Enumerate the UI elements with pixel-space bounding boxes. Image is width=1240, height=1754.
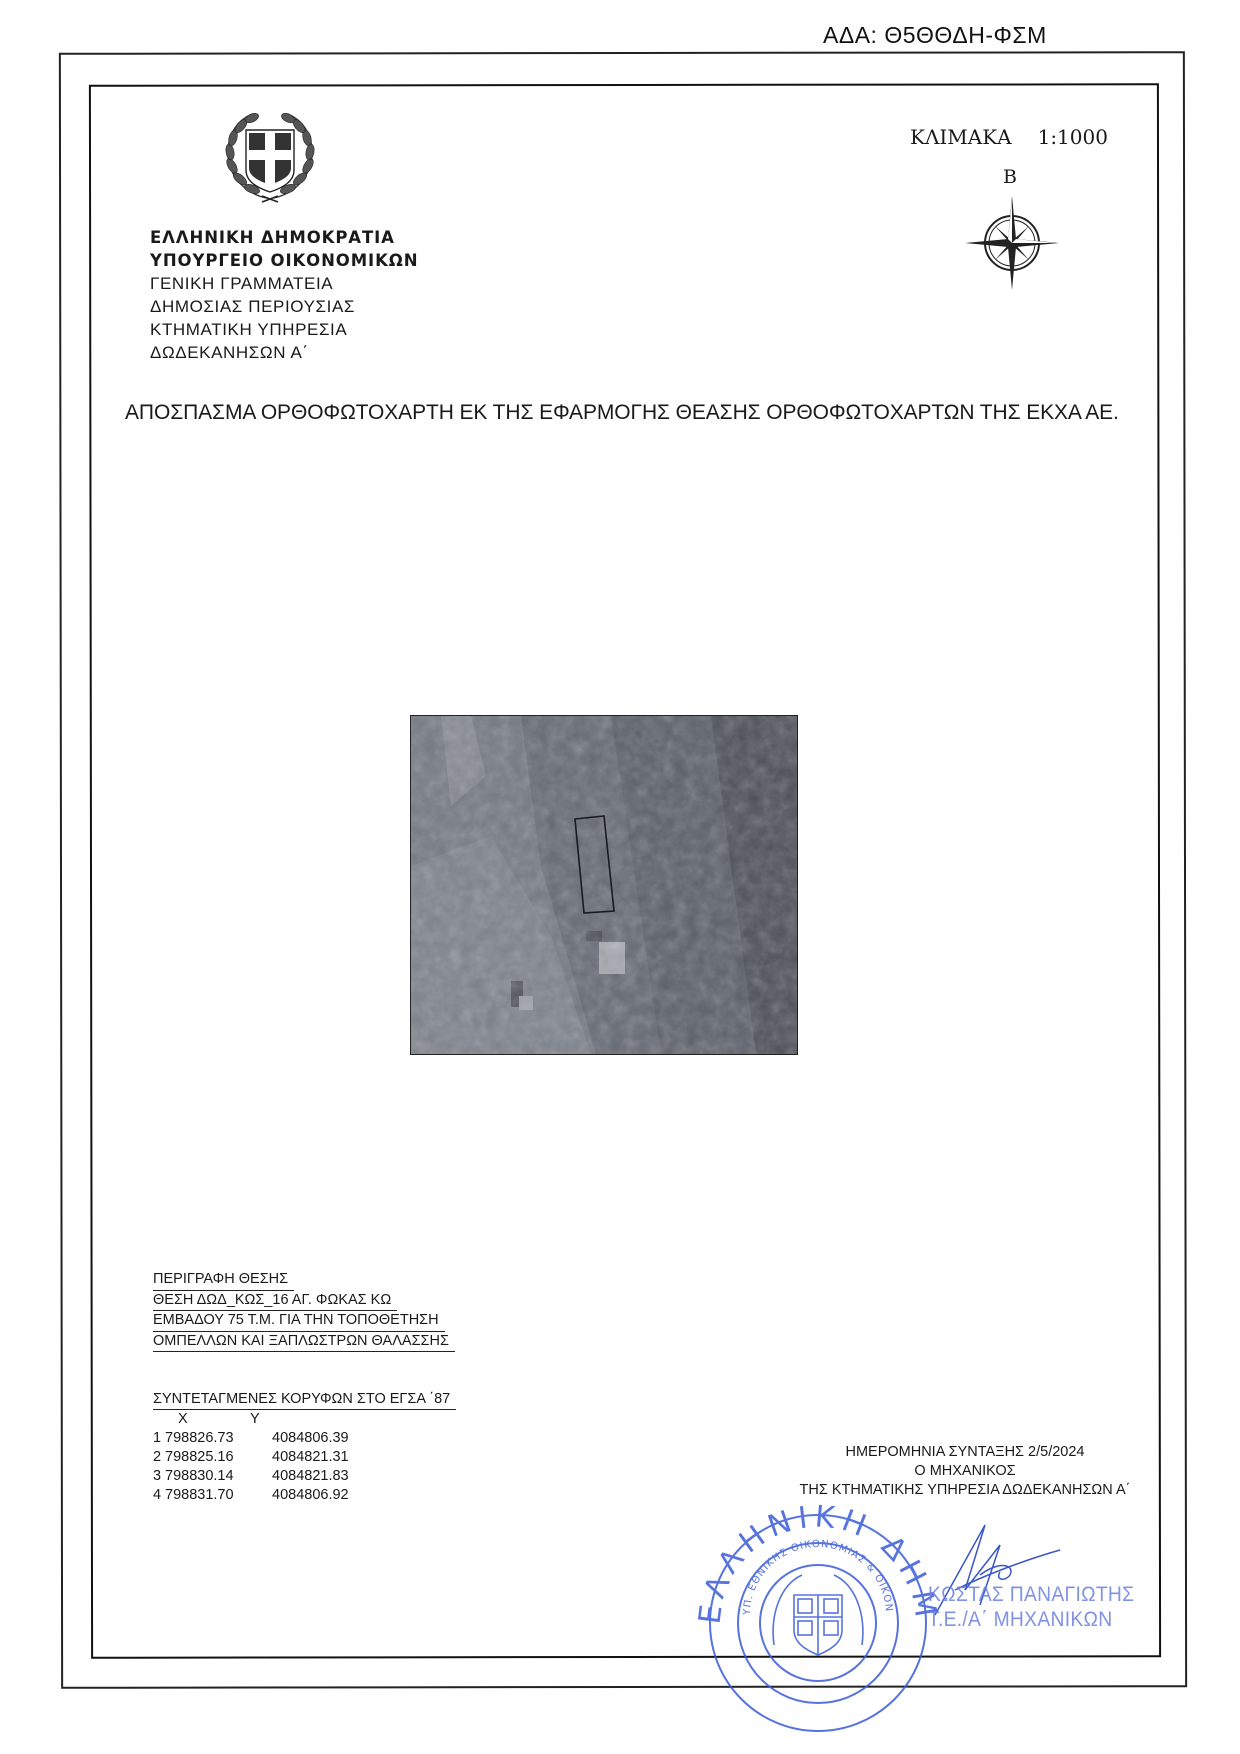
- ada-code: ΑΔΑ: Θ5ΘΘΔΗ-ΦΣΜ: [823, 22, 1047, 49]
- org-line-republic: ΕΛΛΗΝΙΚΗ ΔΗΜΟΚΡΑΤΙΑ: [150, 226, 418, 249]
- compass-rose-icon: [965, 196, 1059, 290]
- x-axis-label: X: [178, 1410, 250, 1429]
- org-line-secretariat: ΓΕΝΙΚΗ ΓΡΑΜΜΑΤΕΙΑ: [150, 272, 418, 295]
- map-scale: ΚΛΙΜΑΚΑ1:1000: [910, 125, 1108, 149]
- org-line-property: ΔΗΜΟΣΙΑΣ ΠΕΡΙΟΥΣΙΑΣ: [150, 295, 418, 318]
- engineer-name-stamp: ΚΩΣΤΑΣ ΠΑΝΑΓΙΩΤΗΣ Τ.Ε./Α΄ ΜΗΧΑΝΙΚΩΝ: [928, 1582, 1134, 1632]
- official-stamp-icon: ΕΛΛΗΝΙΚΗ ΔΗΜΟΚΡΑΤΙΑ ΥΠ. ΕΘΝΙΚΗΣ ΟΙΚΟΝΟΜΙ…: [690, 1495, 950, 1735]
- coordinate-row: 1798826.734084806.39: [153, 1429, 456, 1448]
- description-line: ΟΜΠΕΛΛΩΝ ΚΑΙ ΞΑΠΛΩΣΤΡΩΝ ΘΑΛΑΣΣΗΣ: [153, 1332, 455, 1353]
- vertex-coordinates: ΣΥΝΤΕΤΑΓΜΕΝΕΣ ΚΟΡΥΦΩΝ ΣΤΟ ΕΓΣΑ ΄87 XY 17…: [153, 1390, 456, 1505]
- orthophoto-image: [410, 715, 798, 1055]
- coordinate-row: 3798830.144084821.83: [153, 1467, 456, 1486]
- org-line-region: ΔΩΔΕΚΑΝΗΣΩΝ Α΄: [150, 341, 418, 364]
- description-line: ΘΕΣΗ ΔΩΔ_ΚΩΣ_16 ΑΓ. ΦΩΚΑΣ ΚΩ: [153, 1291, 397, 1312]
- engineer-title: Τ.Ε./Α΄ ΜΗΧΑΝΙΚΩΝ: [928, 1607, 1134, 1632]
- signature-block: ΗΜΕΡΟΜΗΝΙΑ ΣΥΝΤΑΞΗΣ 2/5/2024 Ο ΜΗΧΑΝΙΚΟΣ…: [730, 1443, 1200, 1500]
- document-title: ΑΠΟΣΠΑΣΜΑ ΟΡΘΟΦΩΤΟΧΑΡΤΗ ΕΚ ΤΗΣ ΕΦΑΡΜΟΓΗΣ…: [125, 401, 1119, 425]
- greek-emblem-icon: [222, 108, 318, 206]
- description-line: ΕΜΒΑΔΟΥ 75 Τ.Μ. ΓΙΑ ΤΗΝ ΤΟΠΟΘΕΤΗΣΗ: [153, 1311, 445, 1332]
- coordinate-row: 2798825.164084821.31: [153, 1448, 456, 1467]
- org-line-service: ΚΤΗΜΑΤΙΚΗ ΥΠΗΡΕΣΙΑ: [150, 318, 418, 341]
- compilation-date: ΗΜΕΡΟΜΗΝΙΑ ΣΥΝΤΑΞΗΣ 2/5/2024: [730, 1443, 1200, 1462]
- engineer-role: Ο ΜΗΧΑΝΙΚΟΣ: [730, 1462, 1200, 1481]
- scale-value: 1:1000: [1038, 125, 1108, 149]
- location-description: ΠΕΡΙΓΡΑΦΗ ΘΕΣΗΣ ΘΕΣΗ ΔΩΔ_ΚΩΣ_16 ΑΓ. ΦΩΚΑ…: [153, 1270, 455, 1352]
- organization-header: ΕΛΛΗΝΙΚΗ ΔΗΜΟΚΡΑΤΙΑ ΥΠΟΥΡΓΕΙΟ ΟΙΚΟΝΟΜΙΚΩ…: [150, 226, 418, 364]
- scale-label: ΚΛΙΜΑΚΑ: [910, 125, 1012, 149]
- y-axis-label: Y: [250, 1410, 260, 1429]
- coordinates-heading: ΣΥΝΤΕΤΑΓΜΕΝΕΣ ΚΟΡΥΦΩΝ ΣΤΟ ΕΓΣΑ ΄87: [153, 1390, 456, 1410]
- north-label: Β: [1003, 166, 1017, 188]
- org-line-ministry: ΥΠΟΥΡΓΕΙΟ ΟΙΚΟΝΟΜΙΚΩΝ: [150, 249, 418, 272]
- description-heading: ΠΕΡΙΓΡΑΦΗ ΘΕΣΗΣ: [153, 1270, 294, 1291]
- coordinate-row: 4798831.704084806.92: [153, 1486, 456, 1505]
- engineer-name: ΚΩΣΤΑΣ ΠΑΝΑΓΙΩΤΗΣ: [928, 1582, 1134, 1607]
